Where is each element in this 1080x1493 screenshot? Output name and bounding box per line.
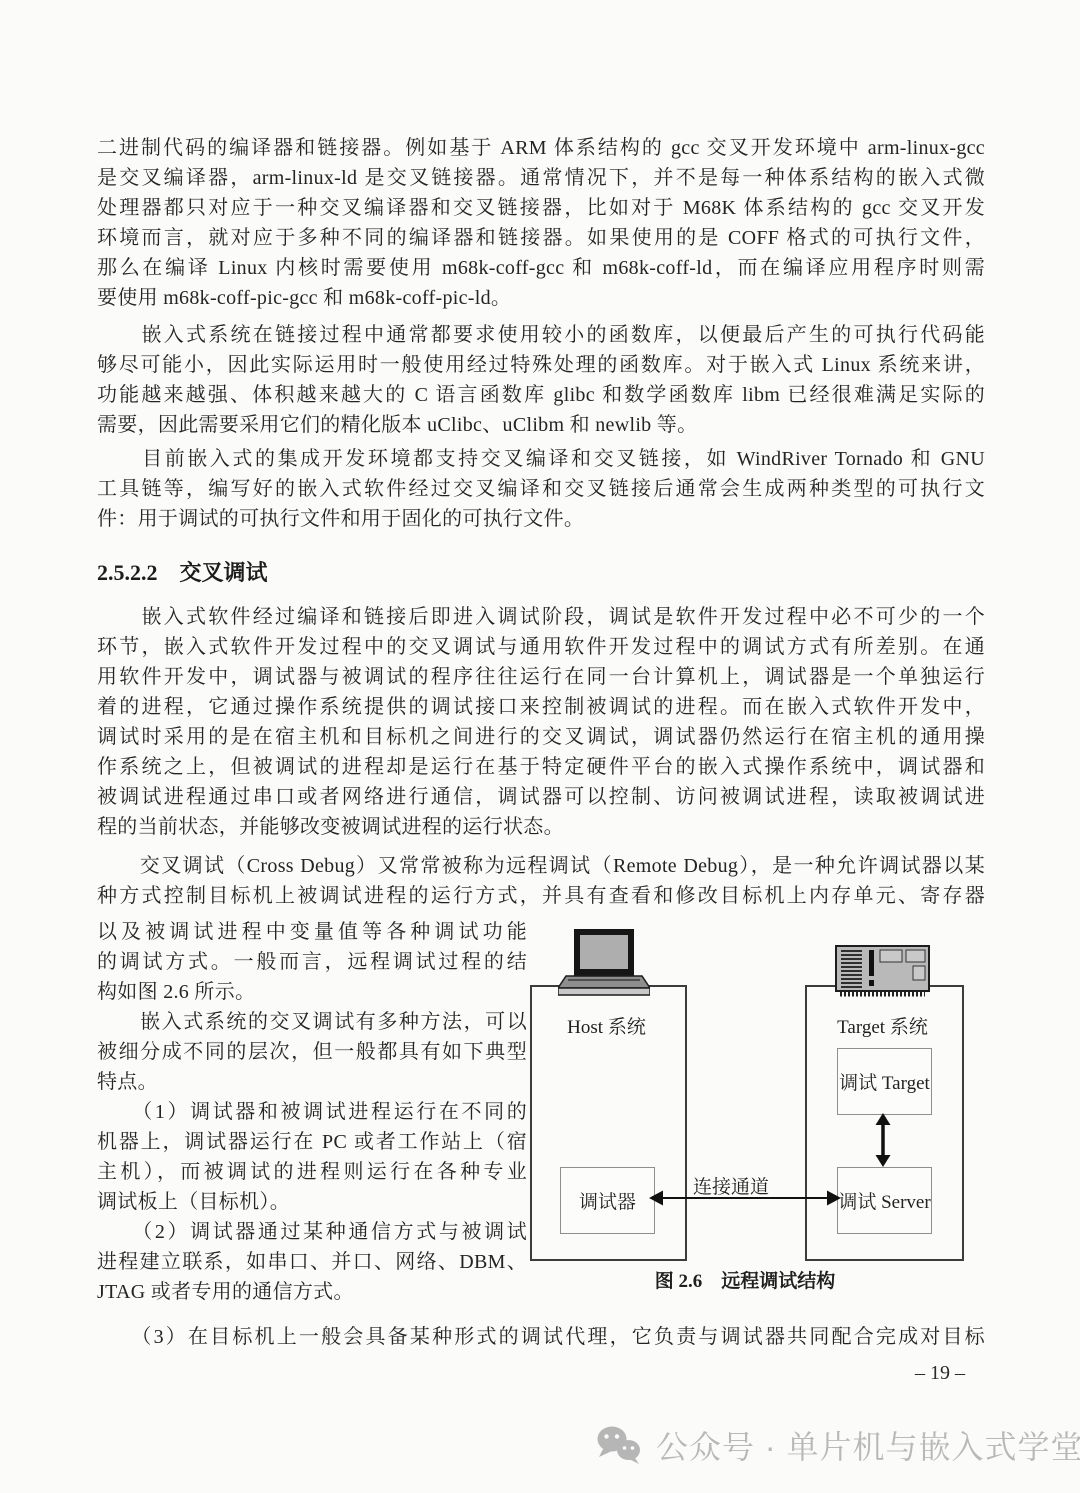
text-line: 交叉调试（Cross Debug）又常常被称为远程调试（Remote Debug… [97,851,985,881]
text-line: 需要，因此需要采用它们的精化版本 uClibc、uClibm 和 newlib … [97,410,985,440]
text-line: 嵌入式系统在链接过程中通常都要求使用较小的函数库，以便最后产生的可执行代码能 [97,320,985,350]
text-line: 程的当前状态，并能够改变被调试进程的运行状态。 [97,812,985,842]
debugger-box: 调试器 [560,1167,655,1234]
text-line: 环节，嵌入式软件开发过程中的交叉调试与通用软件开发过程中的调试方式有所差别。在通 [97,632,985,662]
text-line: 以及被调试进程中变量值等各种调试功能 [97,917,527,947]
text-line: 功能越来越强、体积越来越大的 C 语言函数库 glibc 和数学函数库 libm… [97,380,985,410]
text-line: （1）调试器和被调试进程运行在不同的 [97,1097,527,1127]
text-line: 调试时采用的是在宿主机和目标机之间进行的交叉调试，调试器仍然运行在宿主机的通用操 [97,722,985,752]
text-line: （3）在目标机上一般会具备某种形式的调试代理，它负责与调试器共同配合完成对目标 [97,1322,985,1352]
text-line: 作系统之上，但被调试的进程却是运行在基于特定硬件平台的嵌入式操作系统中，调试器和 [97,752,985,782]
text-line: 够尽可能小，因此实际运用时一般使用经过特殊处理的函数库。对于嵌入式 Linux … [97,350,985,380]
page-number: – 19 – [900,1362,980,1385]
paragraph-5-full: 交叉调试（Cross Debug）又常常被称为远程调试（Remote Debug… [97,851,985,911]
paragraph-2: 嵌入式系统在链接过程中通常都要求使用较小的函数库，以便最后产生的可执行代码能 够… [97,320,985,440]
text-line: 那么在编译 Linux 内核时需要使用 m68k-coff-gcc 和 m68k… [97,253,985,283]
text-line: 着的进程，它通过操作系统提供的调试接口来控制被调试的进程。而在嵌入式软件开发中， [97,692,985,722]
wechat-logo-icon [596,1424,644,1466]
text-line: JTAG 或者专用的通信方式。 [97,1277,527,1307]
debug-server-box: 调试 Server [837,1167,932,1234]
paragraph-6: （3）在目标机上一般会具备某种形式的调试代理，它负责与调试器共同配合完成对目标 [97,1322,985,1352]
text-line: 主机），而被调试的进程则运行在各种专业 [97,1157,527,1187]
paragraph-3: 目前嵌入式的集成开发环境都支持交叉编译和交叉链接，如 WindRiver Tor… [97,444,985,534]
text-line: 被细分成不同的层次，但一般都具有如下典型 [97,1037,527,1067]
text-line: 二进制代码的编译器和链接器。例如基于 ARM 体系结构的 gcc 交叉开发环境中… [97,133,985,163]
text-line: 机器上，调试器运行在 PC 或者工作站上（宿 [97,1127,527,1157]
laptop-icon [558,928,650,1000]
text-line: 种方式控制目标机上被调试进程的运行方式，并具有查看和修改目标机上内存单元、寄存器 [97,881,985,911]
text-line: 环境而言，就对应于多种不同的编译器和链接器。如果使用的是 COFF 格式的可执行… [97,223,985,253]
figure-caption: 图 2.6 远程调试结构 [620,1266,870,1293]
text-line: 特点。 [97,1067,527,1097]
text-line: 构如图 2.6 所示。 [97,977,527,1007]
text-line: 是交叉编译器，arm-linux-ld 是交叉链接器。通常情况下，并不是每一种体… [97,163,985,193]
paragraph-1: 二进制代码的编译器和链接器。例如基于 ARM 体系结构的 gcc 交叉开发环境中… [97,133,985,313]
debugger-label: 调试器 [579,1187,636,1214]
watermark-text: 公众号 · 单片机与嵌入式学堂 [656,1422,1080,1468]
vertical-double-arrow-icon [871,1113,895,1167]
text-line: 的调试方式。一般而言，远程调试过程的结 [97,947,527,977]
text-line: 进程建立联系，如串口、并口、网络、DBM、 [97,1247,527,1277]
text-line: 要使用 m68k-coff-pic-gcc 和 m68k-coff-pic-ld… [97,283,985,313]
paragraph-4: 嵌入式软件经过编译和链接后即进入调试阶段，调试是软件开发过程中必不可少的一个 环… [97,602,985,842]
channel-label: 连接通道 [693,1172,769,1199]
section-heading: 2.5.2.2 交叉调试 [97,556,985,587]
text-line: 件：用于调试的可执行文件和用于固化的可执行文件。 [97,504,985,534]
text-line: 目前嵌入式的集成开发环境都支持交叉编译和交叉链接，如 WindRiver Tor… [97,444,985,474]
text-line: 被调试进程通过串口或者网络进行通信，调试器可以控制、访问被调试进程，读取被调试进 [97,782,985,812]
text-line: 用软件开发中，调试器与被调试的程序往往运行在同一台计算机上，调试器是一个单独运行 [97,662,985,692]
debug-server-label: 调试 Server [838,1187,930,1214]
debug-target-box: 调试 Target [837,1048,932,1115]
text-line: 调试板上（目标机）。 [97,1187,527,1217]
text-line: （2）调试器通过某种通信方式与被调试 [97,1217,527,1247]
host-system-label: Host 系统 [530,1012,683,1039]
target-system-label: Target 系统 [805,1012,960,1039]
book-page: 二进制代码的编译器和链接器。例如基于 ARM 体系结构的 gcc 交叉开发环境中… [0,0,1080,1493]
target-board-icon [835,941,931,999]
text-line: 工具链等，编写好的嵌入式软件经过交叉编译和交叉链接后通常会生成两种类型的可执行文 [97,474,985,504]
debug-target-label: 调试 Target [839,1068,930,1095]
text-line: 嵌入式软件经过编译和链接后即进入调试阶段，调试是软件开发过程中必不可少的一个 [97,602,985,632]
text-line: 处理器都只对应于一种交叉编译器和交叉链接器，比如对于 M68K 体系结构的 gc… [97,193,985,223]
watermark: 公众号 · 单片机与嵌入式学堂 [596,1422,1080,1468]
text-line: 嵌入式系统的交叉调试有多种方法，可以 [97,1007,527,1037]
